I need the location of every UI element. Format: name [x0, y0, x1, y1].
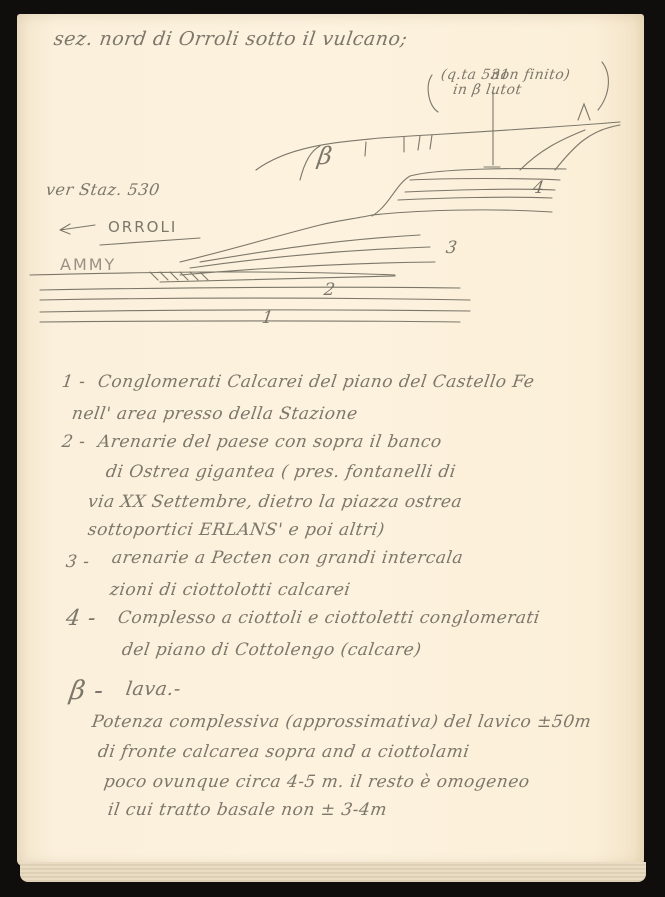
- legend-line: zioni di ciottolotti calcarei: [109, 580, 352, 600]
- beta-label: lava.-: [124, 678, 182, 700]
- legend-line: Conglomerati Calcarei del piano del Cast…: [97, 372, 536, 392]
- block-letters-label: AMMY: [60, 255, 116, 274]
- legend-line: nell' area presso della Stazione: [71, 404, 359, 424]
- legend-line: Arenarie del paese con sopra il banco: [97, 432, 444, 452]
- legend-line: arenarie a Pecten con grandi intercala: [111, 548, 465, 568]
- legend-number: 4 -: [64, 606, 97, 631]
- beta-symbol: β -: [68, 676, 106, 706]
- lava-surface-line: [256, 122, 620, 170]
- legend-line: di Ostrea gigantea ( pres. fontanelli di: [105, 462, 458, 482]
- legend-line: del piano di Cottolengo (calcare): [121, 640, 423, 660]
- annotation-line: in β lutot: [438, 83, 569, 98]
- arrow-to-orroli: [60, 224, 95, 234]
- orroli-label: ORROLI: [108, 218, 177, 236]
- legend-number: 2 -: [61, 432, 87, 452]
- beta-line: il cui tratto basale non ± 3-4m: [107, 800, 389, 820]
- legend-line: sottoportici ERLANS' e poi altri): [87, 520, 386, 540]
- beta-line: Potenza complessiva (approssimativa) del…: [91, 712, 593, 732]
- legend-line: Complesso a ciottoli e ciottoletti congl…: [117, 608, 542, 628]
- beta-line: poco ovunque circa 4-5 m. il resto è omo…: [103, 772, 531, 792]
- legend-number: 1 -: [61, 372, 87, 392]
- legend-number: 3 -: [65, 552, 91, 572]
- elevation-annotation: (q.ta 531 non finito) in β lutot: [438, 68, 571, 98]
- beta-line: di fronte calcarea sopra and a ciottolam…: [97, 742, 471, 762]
- station-note: ver Staz. 530: [45, 180, 161, 199]
- legend-line: via XX Settembre, dietro la piazza ostre…: [87, 492, 464, 512]
